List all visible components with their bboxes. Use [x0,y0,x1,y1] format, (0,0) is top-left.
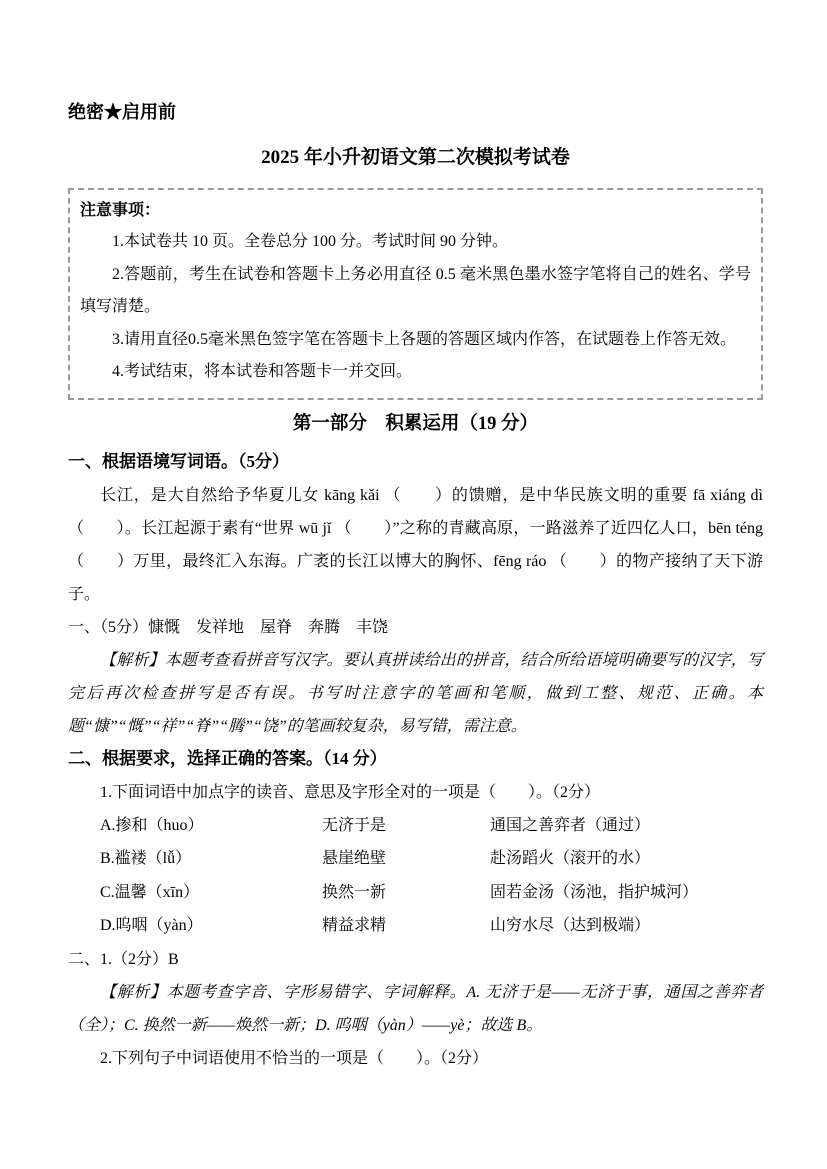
option-c-word: C.温馨（xīn） [100,876,322,910]
security-classification-label: 绝密★启用前 [68,100,763,125]
notice-heading: 注意事项： [80,195,751,226]
notice-item-1: 1.本试卷共 10 页。全卷总分 100 分。考试时间 90 分钟。 [80,226,751,259]
option-d-idiom: 精益求精 [322,909,490,943]
question2-2-stem: 2.下列句子中词语使用不恰当的一项是（ ）。（2分） [68,1042,763,1075]
notice-item-2: 2.答题前，考生在试卷和答题卡上务必用直径 0.5 毫米黑色墨水签字笔将自己的姓… [80,259,751,324]
question1-passage: 长江，是大自然给予华夏儿女 kāng kǎi （ ）的馈赠，是中华民族文明的重要… [68,479,763,611]
part1-heading: 第一部分 积累运用（19 分） [68,410,763,438]
option-row-b: B.褴褛（lǚ） 悬崖绝壁 赴汤蹈火（滚开的水） [100,842,763,876]
exam-paper-page: 绝密★启用前 2025 年小升初语文第二次模拟考试卷 注意事项： 1.本试卷共 … [0,0,827,1169]
notice-box: 注意事项： 1.本试卷共 10 页。全卷总分 100 分。考试时间 90 分钟。… [68,188,763,400]
option-row-d: D.呜咽（yàn） 精益求精 山穷水尽（达到极端） [100,909,763,943]
option-a-idiom: 无济于是 [322,809,490,843]
question2-1-options: A.掺和（huo） 无济于是 通国之善弈者（通过） B.褴褛（lǚ） 悬崖绝壁 … [100,809,763,943]
option-b-idiom: 悬崖绝壁 [322,842,490,876]
question2-1-stem: 1.下面词语中加点字的读音、意思及字形全对的一项是（ ）。（2分） [68,776,763,809]
question1-analysis: 【解析】本题考查看拼音写汉字。要认真拼读给出的拼音，结合所给语境明确要写的汉字，… [68,644,763,743]
page-title: 2025 年小升初语文第二次模拟考试卷 [68,144,763,171]
notice-item-3: 3.请用直径0.5毫米黑色签字笔在答题卡上各题的答题区域内作答，在试题卷上作答无… [80,324,751,357]
question1-heading: 一、根据语境写词语。（5分） [68,446,763,477]
option-d-word: D.呜咽（yàn） [100,909,322,943]
question2-1-answer: 二、1.（2分）B [68,943,763,976]
option-c-phrase: 固若金汤（汤池，指护城河） [490,876,763,910]
question2-1-analysis: 【解析】本题考查字音、字形易错字、字词解释。A. 无济于是——无济于事，通国之善… [68,976,763,1042]
question2-heading: 二、根据要求，选择正确的答案。（14 分） [68,743,763,774]
notice-item-4: 4.考试结束，将本试卷和答题卡一并交回。 [80,356,751,389]
option-row-c: C.温馨（xīn） 换然一新 固若金汤（汤池，指护城河） [100,876,763,910]
option-d-phrase: 山穷水尽（达到极端） [490,909,763,943]
option-c-idiom: 换然一新 [322,876,490,910]
question1-answer: 一、（5分）慷慨 发祥地 屋脊 奔腾 丰饶 [68,611,763,644]
option-a-word: A.掺和（huo） [100,809,322,843]
option-b-word: B.褴褛（lǚ） [100,842,322,876]
option-b-phrase: 赴汤蹈火（滚开的水） [490,842,763,876]
option-row-a: A.掺和（huo） 无济于是 通国之善弈者（通过） [100,809,763,843]
option-a-phrase: 通国之善弈者（通过） [490,809,763,843]
